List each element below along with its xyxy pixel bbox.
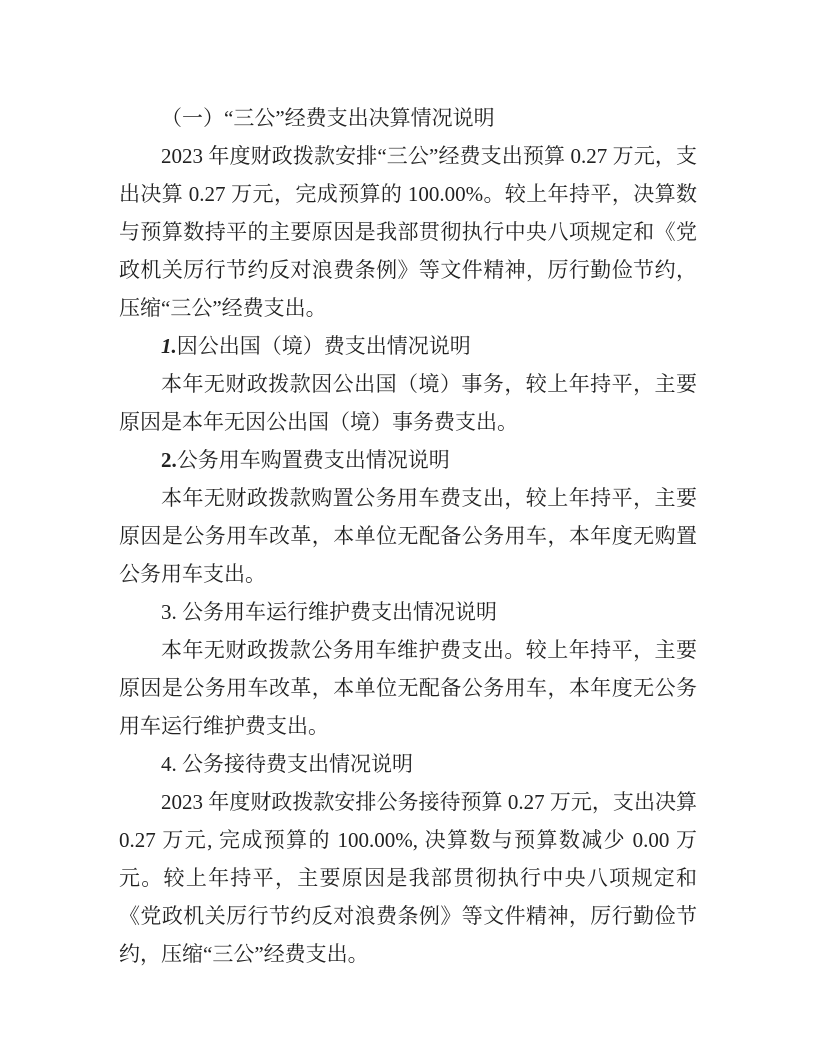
subsection-number: 2. <box>161 448 177 472</box>
subsection-title: 4. 公务接待费支出情况说明 <box>119 745 697 783</box>
document-page: （一）“三公”经费支出决算情况说明 2023 年度财政拨款安排“三公”经费支出预… <box>0 0 816 1056</box>
subsection-overseas-travel: 1.因公出国（境）费支出情况说明 本年无财政拨款因公出国（境）事务，较上年持平，… <box>119 327 697 441</box>
subsection-title: 3. 公务用车运行维护费支出情况说明 <box>119 593 697 631</box>
subsection-title: 1.因公出国（境）费支出情况说明 <box>119 327 697 365</box>
subsection-number: 3. <box>161 600 182 624</box>
document-content: （一）“三公”经费支出决算情况说明 2023 年度财政拨款安排“三公”经费支出预… <box>119 99 697 973</box>
subsection-body: 本年无财政拨款公务用车维护费支出。较上年持平，主要原因是公务用车改革，本单位无配… <box>119 631 697 745</box>
subsection-official-reception: 4. 公务接待费支出情况说明 2023 年度财政拨款安排公务接待预算 0.27 … <box>119 745 697 973</box>
section-heading: （一）“三公”经费支出决算情况说明 <box>119 99 697 137</box>
subsection-title: 2.公务用车购置费支出情况说明 <box>119 441 697 479</box>
subsection-vehicle-maintenance: 3. 公务用车运行维护费支出情况说明 本年无财政拨款公务用车维护费支出。较上年持… <box>119 593 697 745</box>
subsection-title-text: 因公出国（境）费支出情况说明 <box>177 334 471 358</box>
subsection-title-text: 公务用车运行维护费支出情况说明 <box>182 600 497 624</box>
subsection-number: 4. <box>161 752 182 776</box>
subsection-body: 本年无财政拨款因公出国（境）事务，较上年持平，主要原因是本年无因公出国（境）事务… <box>119 365 697 441</box>
subsection-body: 2023 年度财政拨款安排公务接待预算 0.27 万元，支出决算 0.27 万元… <box>119 783 697 973</box>
subsection-vehicle-purchase: 2.公务用车购置费支出情况说明 本年无财政拨款购置公务用车费支出，较上年持平，主… <box>119 441 697 593</box>
intro-paragraph: 2023 年度财政拨款安排“三公”经费支出预算 0.27 万元，支出决算 0.2… <box>119 137 697 327</box>
subsection-number: 1. <box>161 334 177 358</box>
subsection-body: 本年无财政拨款购置公务用车费支出，较上年持平，主要原因是公务用车改革，本单位无配… <box>119 479 697 593</box>
subsection-title-text: 公务接待费支出情况说明 <box>182 752 413 776</box>
subsection-title-text: 公务用车购置费支出情况说明 <box>177 448 450 472</box>
